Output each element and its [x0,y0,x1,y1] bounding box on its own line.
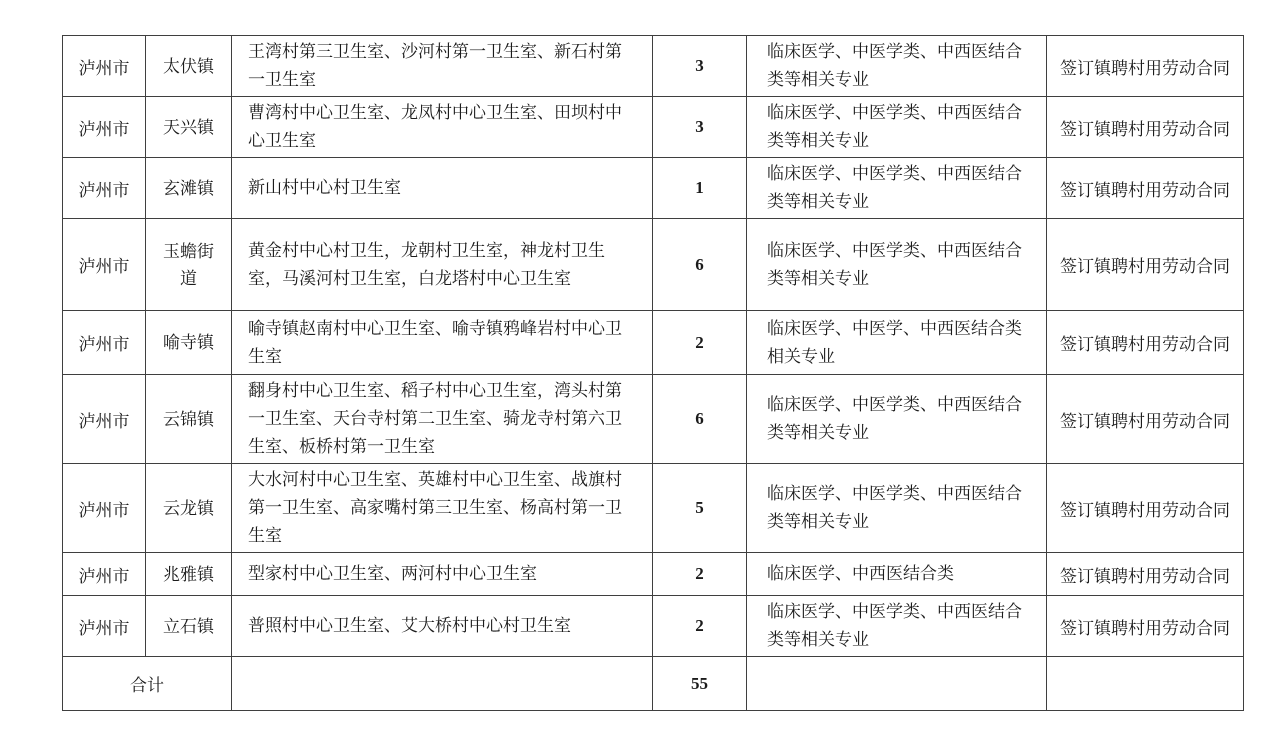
total-majors-empty-cell [747,657,1047,711]
clinics-cell: 新山村中心村卫生室 [232,158,653,219]
town-cell: 兆雅镇 [146,553,232,596]
table-row: 泸州市喻寺镇喻寺镇赵南村中心卫生室、喻寺镇鸦峰岩村中心卫生室2临床医学、中医学、… [63,311,1244,375]
majors-cell: 临床医学、中医学、中西医结合类相关专业 [747,311,1047,375]
contract-cell: 签订镇聘村用劳动合同 [1047,97,1244,158]
city-cell: 泸州市 [63,158,146,219]
contract-cell: 签订镇聘村用劳动合同 [1047,464,1244,553]
contract-cell: 签订镇聘村用劳动合同 [1047,311,1244,375]
majors-cell: 临床医学、中西医结合类 [747,553,1047,596]
contract-cell: 签订镇聘村用劳动合同 [1047,375,1244,464]
table-row: 泸州市云龙镇大水河村中心卫生室、英雄村中心卫生室、战旗村第一卫生室、高家嘴村第三… [63,464,1244,553]
city-cell: 泸州市 [63,375,146,464]
total-clinics-empty-cell [232,657,653,711]
town-cell: 玉蟾街道 [146,219,232,311]
clinics-cell: 曹湾村中心卫生室、龙凤村中心卫生室、田坝村中心卫生室 [232,97,653,158]
table-row: 泸州市天兴镇曹湾村中心卫生室、龙凤村中心卫生室、田坝村中心卫生室3临床医学、中医… [63,97,1244,158]
city-cell: 泸州市 [63,311,146,375]
majors-cell: 临床医学、中医学类、中西医结合类等相关专业 [747,36,1047,97]
document-page: 泸州市太伏镇王湾村第三卫生室、沙河村第一卫生室、新石村第一卫生室3临床医学、中医… [0,0,1280,729]
count-cell: 2 [653,311,747,375]
contract-cell: 签订镇聘村用劳动合同 [1047,219,1244,311]
majors-cell: 临床医学、中医学类、中西医结合类等相关专业 [747,375,1047,464]
town-cell: 云龙镇 [146,464,232,553]
total-row: 合计55 [63,657,1244,711]
town-cell: 玄滩镇 [146,158,232,219]
village-clinic-recruitment-table: 泸州市太伏镇王湾村第三卫生室、沙河村第一卫生室、新石村第一卫生室3临床医学、中医… [62,35,1244,711]
table-row: 泸州市玉蟾街道黄金村中心村卫生，龙朝村卫生室，神龙村卫生室，马溪河村卫生室，白龙… [63,219,1244,311]
contract-cell: 签订镇聘村用劳动合同 [1047,553,1244,596]
town-cell: 喻寺镇 [146,311,232,375]
clinics-cell: 型家村中心卫生室、两河村中心卫生室 [232,553,653,596]
table-row: 泸州市玄滩镇新山村中心村卫生室1临床医学、中医学类、中西医结合类等相关专业签订镇… [63,158,1244,219]
city-cell: 泸州市 [63,219,146,311]
contract-cell: 签订镇聘村用劳动合同 [1047,596,1244,657]
town-cell: 云锦镇 [146,375,232,464]
majors-cell: 临床医学、中医学类、中西医结合类等相关专业 [747,97,1047,158]
contract-cell: 签订镇聘村用劳动合同 [1047,36,1244,97]
contract-cell: 签订镇聘村用劳动合同 [1047,158,1244,219]
count-cell: 6 [653,375,747,464]
count-cell: 3 [653,36,747,97]
majors-cell: 临床医学、中医学类、中西医结合类等相关专业 [747,158,1047,219]
clinics-cell: 喻寺镇赵南村中心卫生室、喻寺镇鸦峰岩村中心卫生室 [232,311,653,375]
count-cell: 5 [653,464,747,553]
table-row: 泸州市太伏镇王湾村第三卫生室、沙河村第一卫生室、新石村第一卫生室3临床医学、中医… [63,36,1244,97]
count-cell: 6 [653,219,747,311]
count-cell: 3 [653,97,747,158]
majors-cell: 临床医学、中医学类、中西医结合类等相关专业 [747,464,1047,553]
total-contract-empty-cell [1047,657,1244,711]
town-cell: 立石镇 [146,596,232,657]
city-cell: 泸州市 [63,553,146,596]
clinics-cell: 翻身村中心卫生室、稻子村中心卫生室，湾头村第一卫生室、天台寺村第二卫生室、骑龙寺… [232,375,653,464]
count-cell: 2 [653,553,747,596]
total-label-cell: 合计 [63,657,232,711]
majors-cell: 临床医学、中医学类、中西医结合类等相关专业 [747,596,1047,657]
city-cell: 泸州市 [63,97,146,158]
town-cell: 天兴镇 [146,97,232,158]
town-cell: 太伏镇 [146,36,232,97]
city-cell: 泸州市 [63,464,146,553]
clinics-cell: 普照村中心卫生室、艾大桥村中心村卫生室 [232,596,653,657]
clinics-cell: 王湾村第三卫生室、沙河村第一卫生室、新石村第一卫生室 [232,36,653,97]
table-row: 泸州市云锦镇翻身村中心卫生室、稻子村中心卫生室，湾头村第一卫生室、天台寺村第二卫… [63,375,1244,464]
clinics-cell: 黄金村中心村卫生，龙朝村卫生室，神龙村卫生室，马溪河村卫生室，白龙塔村中心卫生室 [232,219,653,311]
table-row: 泸州市兆雅镇型家村中心卫生室、两河村中心卫生室2临床医学、中西医结合类签订镇聘村… [63,553,1244,596]
count-cell: 1 [653,158,747,219]
majors-cell: 临床医学、中医学类、中西医结合类等相关专业 [747,219,1047,311]
count-cell: 2 [653,596,747,657]
total-count-cell: 55 [653,657,747,711]
city-cell: 泸州市 [63,596,146,657]
table-row: 泸州市立石镇普照村中心卫生室、艾大桥村中心村卫生室2临床医学、中医学类、中西医结… [63,596,1244,657]
city-cell: 泸州市 [63,36,146,97]
clinics-cell: 大水河村中心卫生室、英雄村中心卫生室、战旗村第一卫生室、高家嘴村第三卫生室、杨高… [232,464,653,553]
